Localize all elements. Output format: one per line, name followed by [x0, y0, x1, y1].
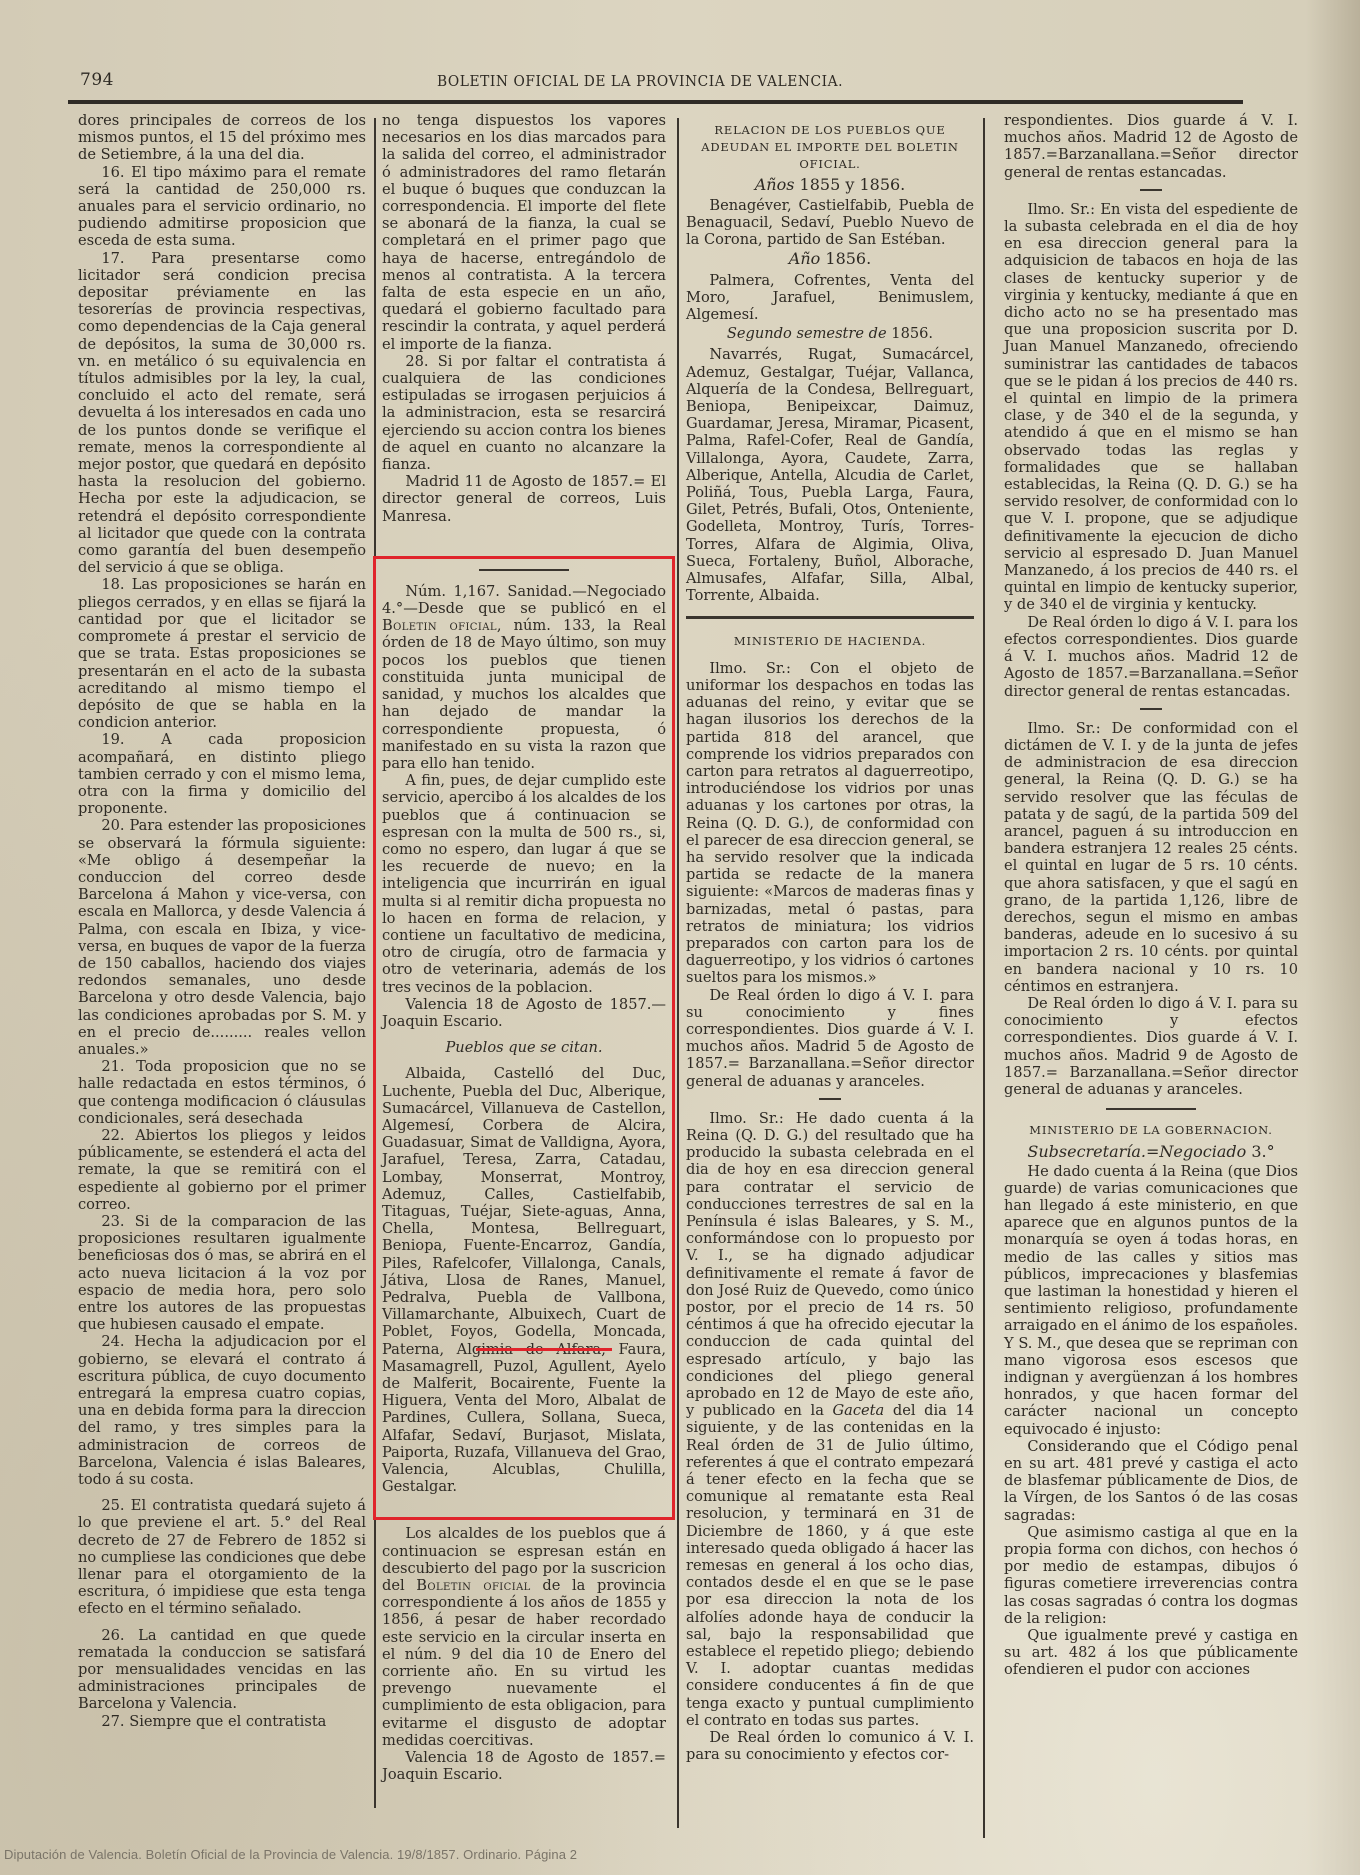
highlight-underline-cuart-de-poblet [476, 1348, 612, 1351]
boletin-oficial-smallcaps: Boletin oficial [416, 1577, 530, 1594]
paragraph-condition-26: 26. La cantidad en que quede rematada la… [78, 1627, 366, 1713]
section-rule [686, 616, 974, 619]
hacienda-paragraph: De Real órden lo digo á V. I. para su co… [686, 987, 974, 1090]
semestre-heading: Segundo semestre de 1856. [686, 325, 974, 342]
ministry-gobernacion-heading: MINISTERIO DE LA GOBERNACION. [1004, 1122, 1298, 1139]
ministry-hacienda-heading: MINISTERIO DE HACIENDA. [686, 633, 974, 650]
paragraph-condition-20: 20. Para estender las proposiciones se o… [78, 817, 366, 1058]
column-3: RELACION DE LOS PUEBLOS QUE ADEUDAN EL I… [686, 112, 974, 1763]
feculas-paragraph: De Real órden lo digo á V. I. para su co… [1004, 995, 1298, 1098]
page-number: 794 [80, 70, 114, 90]
paragraph-condition-17: 17. Para presentarse como licitador será… [78, 250, 366, 577]
column-divider-1 [374, 118, 376, 1808]
boletin-oficial-smallcaps: Boletin oficial [382, 617, 497, 634]
sanidad-notice-body: A fin, pues, de dejar cumplido este serv… [382, 772, 666, 996]
years-1855-1856-heading: Años 1855 y 1856. [686, 176, 974, 193]
source-caption: Diputación de Valencia. Boletín Oficial … [4, 1847, 577, 1862]
column-2: no tenga dispuestos los vapores necesari… [382, 112, 666, 1783]
towns-1856: Palmera, Cofrentes, Venta del Moro, Jara… [686, 272, 974, 324]
subscription-notice: Los alcaldes de los pueblos que á contin… [382, 1525, 666, 1749]
paragraph-condition-21: 21. Toda proposicion que no se halle red… [78, 1058, 366, 1127]
sanidad-signature: Valencia 18 de Agosto de 1857.— Joaquin … [382, 996, 666, 1030]
year-1856-heading: Año 1856. [686, 250, 974, 267]
gobernacion-paragraph: Que igualmente prevé y castiga en su art… [1004, 1627, 1298, 1679]
tabacos-paragraph: Ilmo. Sr.: En vista del espediente de la… [1004, 201, 1298, 614]
subsecretaria-heading: Subsecretaría.=Negociado 3.° [1004, 1143, 1298, 1160]
paragraph-condition-23: 23. Si de la comparacion de las proposic… [78, 1213, 366, 1333]
paragraph-condition-25: 25. El contratista quedará sujeto á lo q… [78, 1497, 366, 1617]
gobernacion-paragraph: Que asimismo castiga al que en la propia… [1004, 1524, 1298, 1627]
section-rule [479, 569, 569, 571]
page-header: 794 BOLETIN OFICIAL DE LA PROVINCIA DE V… [80, 70, 1360, 94]
subscription-signature: Valencia 18 de Agosto de 1857.= Joaquin … [382, 1749, 666, 1783]
towns-list: Albaida, Castelló del Duc, Luchente, Pue… [382, 1065, 666, 1495]
feculas-paragraph: Ilmo. Sr.: De conformidad con el dictáme… [1004, 720, 1298, 995]
paragraph-condition-22: 22. Abiertos los pliegos y leidos públic… [78, 1127, 366, 1213]
paragraph-condition-27: 27. Siempre que el contratista [78, 1713, 366, 1730]
towns-list-heading: Pueblos que se citan. [382, 1039, 666, 1056]
paragraph: no tenga dispuestos los vapores necesari… [382, 112, 666, 353]
section-rule [1106, 1108, 1196, 1110]
newspaper-title: BOLETIN OFICIAL DE LA PROVINCIA DE VALEN… [125, 72, 1155, 90]
tabacos-paragraph: De Real órden lo digo á V. I. para los e… [1004, 614, 1298, 700]
separator-dash [819, 1098, 841, 1100]
column-divider-3 [983, 118, 985, 1838]
separator-dash [1140, 189, 1162, 191]
header-rule [68, 100, 1243, 104]
relacion-heading: RELACION DE LOS PUEBLOS QUE ADEUDAN EL I… [686, 122, 974, 174]
towns-semestre: Navarrés, Rugat, Sumacárcel, Ademuz, Ges… [686, 346, 974, 604]
separator-dash [1140, 708, 1162, 710]
column-divider-2 [677, 118, 679, 1828]
paragraph-condition-28: 28. Si por faltar el contratista á cualq… [382, 353, 666, 473]
hacienda-paragraph: Ilmo. Sr.: Con el objeto de uniformar lo… [686, 660, 974, 987]
sal-paragraph: Ilmo. Sr.: He dado cuenta á la Reina (Q.… [686, 1110, 974, 1729]
paragraph-condition-19: 19. A cada proposicion acompañará, en di… [78, 731, 366, 817]
towns-1855-1856: Benagéver, Castielfabib, Puebla de Benag… [686, 197, 974, 249]
sanidad-notice-intro: Núm. 1,167. Sanidad.—Negociado 4.°—Desde… [382, 583, 666, 772]
gobernacion-paragraph: Considerando que el Código penal en su a… [1004, 1438, 1298, 1524]
paragraph: dores principales de correos de los mism… [78, 112, 366, 164]
column-4: respondientes. Dios guarde á V. I. mucho… [1004, 112, 1298, 1679]
column-1: dores principales de correos de los mism… [78, 112, 366, 1730]
paragraph-condition-16: 16. El tipo máximo para el remate será l… [78, 164, 366, 250]
sal-closing: De Real órden lo comunico á V. I. para s… [686, 1729, 974, 1763]
paragraph-condition-24: 24. Hecha la adjudicacion por el gobiern… [78, 1333, 366, 1488]
gobernacion-paragraph: He dado cuenta á la Reina (que Dios guar… [1004, 1163, 1298, 1438]
paragraph: respondientes. Dios guarde á V. I. mucho… [1004, 112, 1298, 181]
signature-correos: Madrid 11 de Agosto de 1857.= El directo… [382, 473, 666, 525]
paragraph-condition-18: 18. Las proposiciones se harán en pliego… [78, 576, 366, 731]
